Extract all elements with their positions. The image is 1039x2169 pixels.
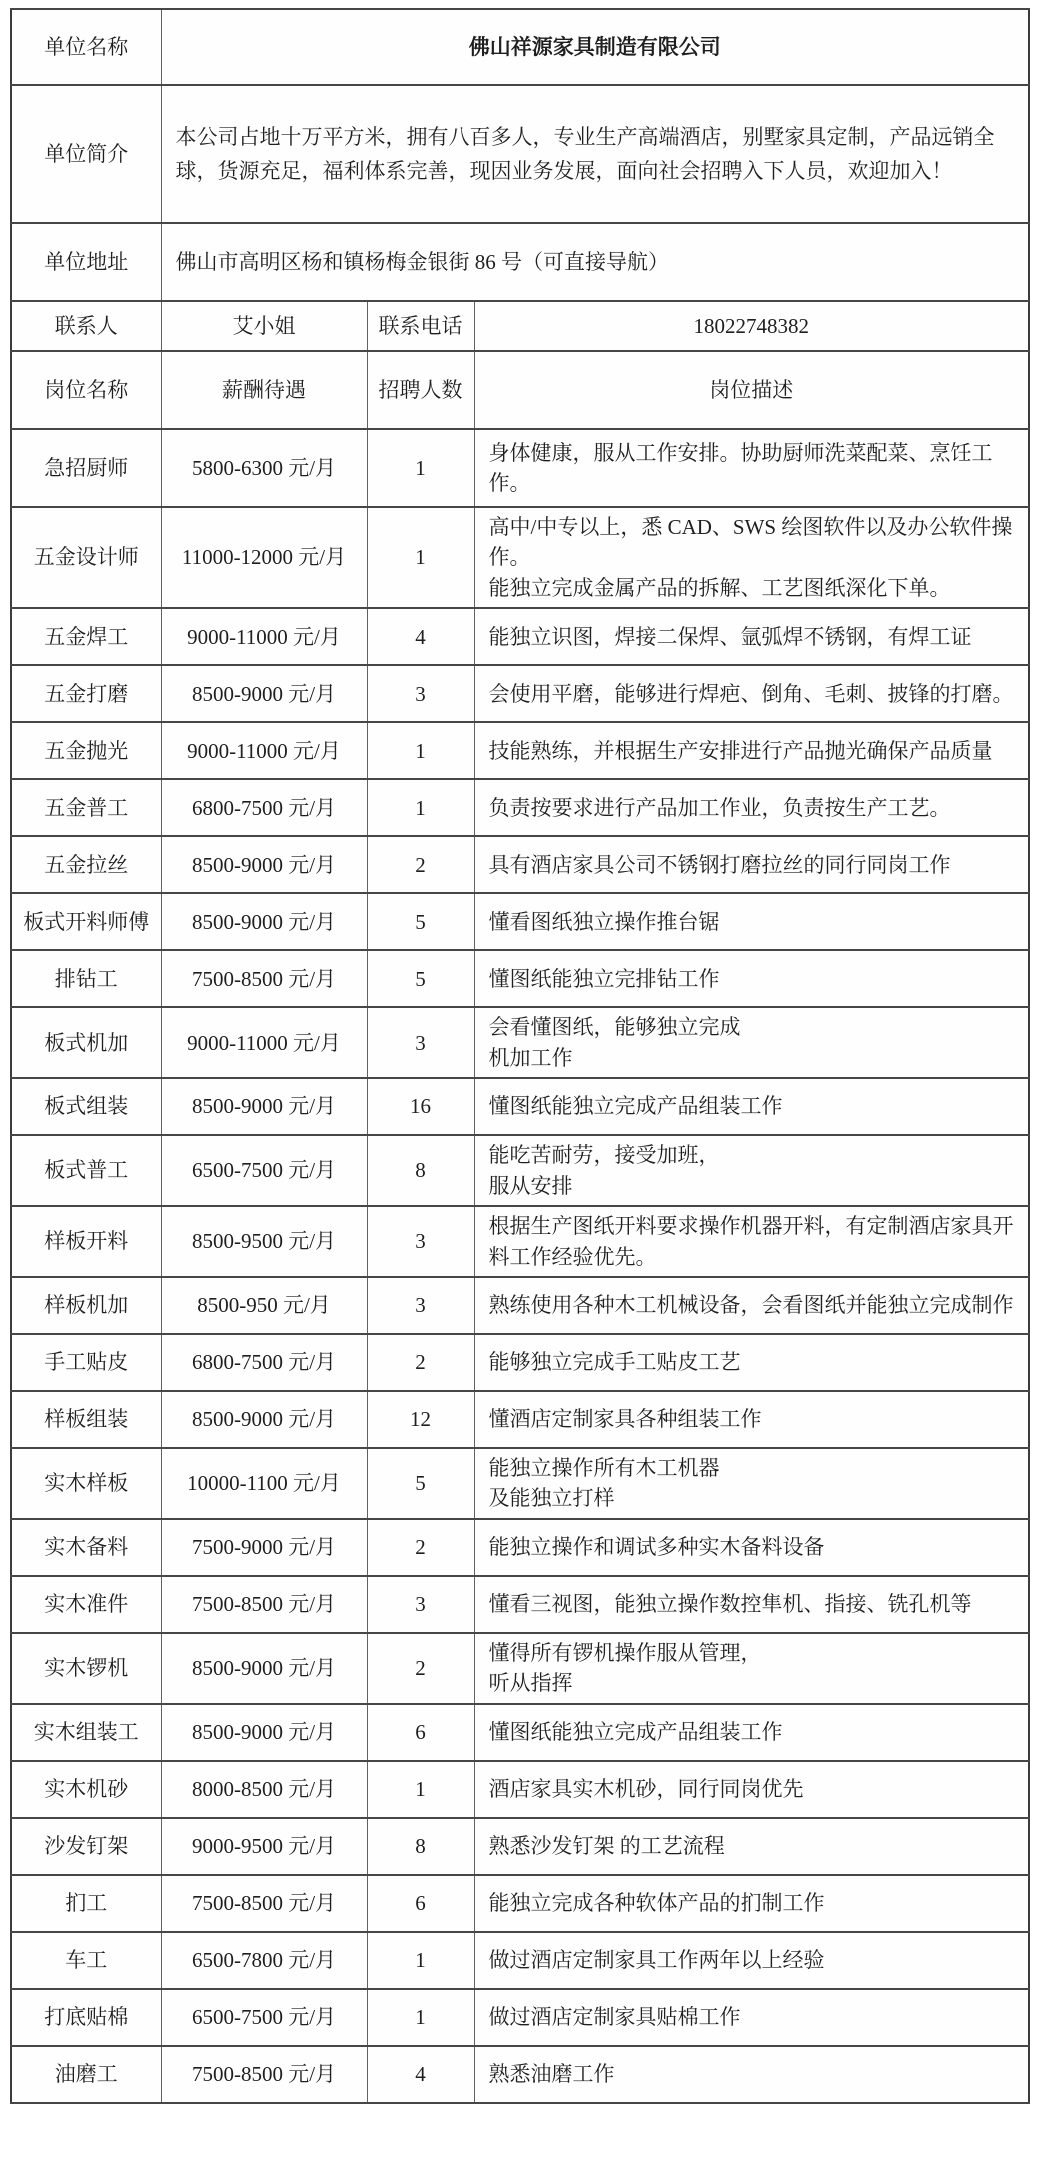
job-description-cell: 做过酒店定制家具贴棉工作 bbox=[474, 1989, 1029, 2046]
job-description-cell: 懂看图纸独立操作推台锯 bbox=[474, 893, 1029, 950]
job-count-cell: 5 bbox=[367, 893, 474, 950]
job-row: 样板机加 8500-950 元/月 3 熟练使用各种木工机械设备，会看图纸并能独… bbox=[11, 1277, 1029, 1334]
job-count-cell: 4 bbox=[367, 2046, 474, 2103]
job-title-cell: 样板开料 bbox=[11, 1206, 161, 1277]
job-salary-cell: 6800-7500 元/月 bbox=[161, 1334, 367, 1391]
job-salary-cell: 7500-9000 元/月 bbox=[161, 1519, 367, 1576]
job-title-cell: 五金打磨 bbox=[11, 665, 161, 722]
job-count-cell: 1 bbox=[367, 779, 474, 836]
job-salary-cell: 6500-7500 元/月 bbox=[161, 1989, 367, 2046]
header-job-title: 岗位名称 bbox=[11, 351, 161, 429]
job-salary-cell: 6500-7800 元/月 bbox=[161, 1932, 367, 1989]
job-row: 实木机砂 8000-8500 元/月 1 酒店家具实木机砂，同行同岗优先 bbox=[11, 1761, 1029, 1818]
job-title-cell: 实木准件 bbox=[11, 1576, 161, 1633]
job-description-cell: 熟悉沙发钉架 的工艺流程 bbox=[474, 1818, 1029, 1875]
job-title-cell: 手工贴皮 bbox=[11, 1334, 161, 1391]
job-row: 板式普工 6500-7500 元/月 8 能吃苦耐劳，接受加班， 服从安排 bbox=[11, 1135, 1029, 1206]
job-salary-cell: 7500-8500 元/月 bbox=[161, 1875, 367, 1932]
job-description-cell: 根据生产图纸开料要求操作机器开料，有定制酒店家具开料工作经验优先。 bbox=[474, 1206, 1029, 1277]
job-description-cell: 懂图纸能独立完成产品组装工作 bbox=[474, 1078, 1029, 1135]
job-salary-cell: 8500-9000 元/月 bbox=[161, 836, 367, 893]
job-title-cell: 样板组装 bbox=[11, 1391, 161, 1448]
job-count-cell: 5 bbox=[367, 1448, 474, 1519]
job-title-cell: 排钻工 bbox=[11, 950, 161, 1007]
job-row: 五金焊工 9000-11000 元/月 4 能独立识图，焊接二保焊、氩弧焊不锈钢… bbox=[11, 608, 1029, 665]
job-title-cell: 油磨工 bbox=[11, 2046, 161, 2103]
job-count-cell: 5 bbox=[367, 950, 474, 1007]
job-count-cell: 2 bbox=[367, 836, 474, 893]
job-count-cell: 6 bbox=[367, 1704, 474, 1761]
job-row: 板式开料师傅 8500-9000 元/月 5 懂看图纸独立操作推台锯 bbox=[11, 893, 1029, 950]
job-count-cell: 1 bbox=[367, 429, 474, 507]
job-row: 沙发钉架 9000-9500 元/月 8 熟悉沙发钉架 的工艺流程 bbox=[11, 1818, 1029, 1875]
job-salary-cell: 9000-11000 元/月 bbox=[161, 722, 367, 779]
company-intro-label: 单位简介 bbox=[11, 85, 161, 223]
job-row: 实木锣机 8500-9000 元/月 2 懂得所有锣机操作服从管理， 听从指挥 bbox=[11, 1633, 1029, 1704]
job-count-cell: 2 bbox=[367, 1519, 474, 1576]
job-salary-cell: 6500-7500 元/月 bbox=[161, 1135, 367, 1206]
job-description-cell: 具有酒店家具公司不锈钢打磨拉丝的同行同岗工作 bbox=[474, 836, 1029, 893]
job-count-cell: 1 bbox=[367, 1989, 474, 2046]
job-salary-cell: 8500-9000 元/月 bbox=[161, 1704, 367, 1761]
job-description-cell: 做过酒店定制家具工作两年以上经验 bbox=[474, 1932, 1029, 1989]
company-address-label: 单位地址 bbox=[11, 223, 161, 301]
job-description-cell: 懂酒店定制家具各种组装工作 bbox=[474, 1391, 1029, 1448]
job-title-cell: 五金普工 bbox=[11, 779, 161, 836]
job-description-cell: 高中/中专以上，悉 CAD、SWS 绘图软件以及办公软件操作。 能独立完成金属产… bbox=[474, 507, 1029, 608]
job-salary-cell: 8500-9000 元/月 bbox=[161, 1078, 367, 1135]
job-salary-cell: 7500-8500 元/月 bbox=[161, 2046, 367, 2103]
job-description-cell: 懂得所有锣机操作服从管理， 听从指挥 bbox=[474, 1633, 1029, 1704]
job-count-cell: 3 bbox=[367, 665, 474, 722]
job-count-cell: 1 bbox=[367, 1761, 474, 1818]
job-table-header-row: 岗位名称 薪酬待遇 招聘人数 岗位描述 bbox=[11, 351, 1029, 429]
job-title-cell: 打底贴棉 bbox=[11, 1989, 161, 2046]
job-salary-cell: 5800-6300 元/月 bbox=[161, 429, 367, 507]
job-title-cell: 五金设计师 bbox=[11, 507, 161, 608]
job-title-cell: 车工 bbox=[11, 1932, 161, 1989]
job-description-cell: 身体健康，服从工作安排。协助厨师洗菜配菜、烹饪工作。 bbox=[474, 429, 1029, 507]
job-row: 五金拉丝 8500-9000 元/月 2 具有酒店家具公司不锈钢打磨拉丝的同行同… bbox=[11, 836, 1029, 893]
job-title-cell: 五金拉丝 bbox=[11, 836, 161, 893]
job-row: 实木组装工 8500-9000 元/月 6 懂图纸能独立完成产品组装工作 bbox=[11, 1704, 1029, 1761]
job-description-cell: 懂图纸能独立完排钻工作 bbox=[474, 950, 1029, 1007]
job-count-cell: 1 bbox=[367, 507, 474, 608]
job-row: 板式组装 8500-9000 元/月 16 懂图纸能独立完成产品组装工作 bbox=[11, 1078, 1029, 1135]
job-count-cell: 12 bbox=[367, 1391, 474, 1448]
job-description-cell: 酒店家具实木机砂，同行同岗优先 bbox=[474, 1761, 1029, 1818]
job-count-cell: 1 bbox=[367, 722, 474, 779]
job-salary-cell: 9000-9500 元/月 bbox=[161, 1818, 367, 1875]
job-salary-cell: 9000-11000 元/月 bbox=[161, 608, 367, 665]
job-title-cell: 五金抛光 bbox=[11, 722, 161, 779]
job-count-cell: 6 bbox=[367, 1875, 474, 1932]
company-name-value: 佛山祥源家具制造有限公司 bbox=[161, 9, 1029, 85]
job-title-cell: 实木样板 bbox=[11, 1448, 161, 1519]
job-title-cell: 急招厨师 bbox=[11, 429, 161, 507]
company-name-row: 单位名称 佛山祥源家具制造有限公司 bbox=[11, 9, 1029, 85]
job-description-cell: 负责按要求进行产品加工作业，负责按生产工艺。 bbox=[474, 779, 1029, 836]
job-title-cell: 板式机加 bbox=[11, 1007, 161, 1078]
job-description-cell: 能吃苦耐劳，接受加班， 服从安排 bbox=[474, 1135, 1029, 1206]
header-job-salary: 薪酬待遇 bbox=[161, 351, 367, 429]
job-description-cell: 能独立识图，焊接二保焊、氩弧焊不锈钢，有焊工证 bbox=[474, 608, 1029, 665]
job-row: 样板组装 8500-9000 元/月 12 懂酒店定制家具各种组装工作 bbox=[11, 1391, 1029, 1448]
job-title-cell: 沙发钉架 bbox=[11, 1818, 161, 1875]
job-title-cell: 板式普工 bbox=[11, 1135, 161, 1206]
recruitment-document: 单位名称 佛山祥源家具制造有限公司 单位简介 本公司占地十万平方米，拥有八百多人… bbox=[0, 0, 1039, 2169]
job-row: 油磨工 7500-8500 元/月 4 熟悉油磨工作 bbox=[11, 2046, 1029, 2103]
job-salary-cell: 8500-9000 元/月 bbox=[161, 665, 367, 722]
job-row: 五金抛光 9000-11000 元/月 1 技能熟练，并根据生产安排进行产品抛光… bbox=[11, 722, 1029, 779]
job-salary-cell: 7500-8500 元/月 bbox=[161, 950, 367, 1007]
job-count-cell: 1 bbox=[367, 1932, 474, 1989]
header-job-count: 招聘人数 bbox=[367, 351, 474, 429]
job-row: 扪工 7500-8500 元/月 6 能独立完成各种软体产品的扪制工作 bbox=[11, 1875, 1029, 1932]
job-description-cell: 懂看三视图，能独立操作数控隼机、指接、铣孔机等 bbox=[474, 1576, 1029, 1633]
job-count-cell: 2 bbox=[367, 1633, 474, 1704]
job-count-cell: 3 bbox=[367, 1277, 474, 1334]
job-salary-cell: 11000-12000 元/月 bbox=[161, 507, 367, 608]
job-row: 实木备料 7500-9000 元/月 2 能独立操作和调试多种实木备料设备 bbox=[11, 1519, 1029, 1576]
job-title-cell: 板式开料师傅 bbox=[11, 893, 161, 950]
job-count-cell: 4 bbox=[367, 608, 474, 665]
job-row: 车工 6500-7800 元/月 1 做过酒店定制家具工作两年以上经验 bbox=[11, 1932, 1029, 1989]
job-salary-cell: 9000-11000 元/月 bbox=[161, 1007, 367, 1078]
job-row: 五金设计师 11000-12000 元/月 1 高中/中专以上，悉 CAD、SW… bbox=[11, 507, 1029, 608]
company-address-row: 单位地址 佛山市高明区杨和镇杨梅金银街 86 号（可直接导航） bbox=[11, 223, 1029, 301]
job-description-cell: 技能熟练，并根据生产安排进行产品抛光确保产品质量 bbox=[474, 722, 1029, 779]
job-row: 打底贴棉 6500-7500 元/月 1 做过酒店定制家具贴棉工作 bbox=[11, 1989, 1029, 2046]
job-count-cell: 3 bbox=[367, 1576, 474, 1633]
job-description-cell: 会使用平磨，能够进行焊疤、倒角、毛刺、披锋的打磨。 bbox=[474, 665, 1029, 722]
job-count-cell: 2 bbox=[367, 1334, 474, 1391]
job-salary-cell: 7500-8500 元/月 bbox=[161, 1576, 367, 1633]
job-description-cell: 熟练使用各种木工机械设备，会看图纸并能独立完成制作 bbox=[474, 1277, 1029, 1334]
job-rows: 急招厨师 5800-6300 元/月 1 身体健康，服从工作安排。协助厨师洗菜配… bbox=[11, 429, 1029, 2103]
phone-label: 联系电话 bbox=[367, 301, 474, 351]
recruitment-table: 单位名称 佛山祥源家具制造有限公司 单位简介 本公司占地十万平方米，拥有八百多人… bbox=[10, 8, 1030, 2104]
job-count-cell: 16 bbox=[367, 1078, 474, 1135]
contact-name-value: 艾小姐 bbox=[161, 301, 367, 351]
job-row: 排钻工 7500-8500 元/月 5 懂图纸能独立完排钻工作 bbox=[11, 950, 1029, 1007]
job-row: 五金普工 6800-7500 元/月 1 负责按要求进行产品加工作业，负责按生产… bbox=[11, 779, 1029, 836]
contact-row: 联系人 艾小姐 联系电话 18022748382 bbox=[11, 301, 1029, 351]
job-salary-cell: 8500-9000 元/月 bbox=[161, 1633, 367, 1704]
job-description-cell: 熟悉油磨工作 bbox=[474, 2046, 1029, 2103]
job-row: 板式机加 9000-11000 元/月 3 会看懂图纸，能够独立完成 机加工作 bbox=[11, 1007, 1029, 1078]
job-row: 实木准件 7500-8500 元/月 3 懂看三视图，能独立操作数控隼机、指接、… bbox=[11, 1576, 1029, 1633]
company-address-value: 佛山市高明区杨和镇杨梅金银街 86 号（可直接导航） bbox=[161, 223, 1029, 301]
job-count-cell: 8 bbox=[367, 1135, 474, 1206]
job-salary-cell: 10000-1100 元/月 bbox=[161, 1448, 367, 1519]
job-title-cell: 五金焊工 bbox=[11, 608, 161, 665]
job-row: 急招厨师 5800-6300 元/月 1 身体健康，服从工作安排。协助厨师洗菜配… bbox=[11, 429, 1029, 507]
company-name-label: 单位名称 bbox=[11, 9, 161, 85]
job-row: 实木样板 10000-1100 元/月 5 能独立操作所有木工机器 及能独立打样 bbox=[11, 1448, 1029, 1519]
header-job-description: 岗位描述 bbox=[474, 351, 1029, 429]
job-description-cell: 能独立完成各种软体产品的扪制工作 bbox=[474, 1875, 1029, 1932]
job-title-cell: 板式组装 bbox=[11, 1078, 161, 1135]
job-title-cell: 实木备料 bbox=[11, 1519, 161, 1576]
job-description-cell: 懂图纸能独立完成产品组装工作 bbox=[474, 1704, 1029, 1761]
job-salary-cell: 6800-7500 元/月 bbox=[161, 779, 367, 836]
job-title-cell: 样板机加 bbox=[11, 1277, 161, 1334]
job-title-cell: 实木机砂 bbox=[11, 1761, 161, 1818]
job-count-cell: 8 bbox=[367, 1818, 474, 1875]
company-intro-value: 本公司占地十万平方米，拥有八百多人，专业生产高端酒店，别墅家具定制，产品远销全球… bbox=[161, 85, 1029, 223]
job-description-cell: 能独立操作和调试多种实木备料设备 bbox=[474, 1519, 1029, 1576]
job-description-cell: 能独立操作所有木工机器 及能独立打样 bbox=[474, 1448, 1029, 1519]
job-count-cell: 3 bbox=[367, 1007, 474, 1078]
job-salary-cell: 8500-9500 元/月 bbox=[161, 1206, 367, 1277]
job-description-cell: 会看懂图纸，能够独立完成 机加工作 bbox=[474, 1007, 1029, 1078]
job-salary-cell: 8500-9000 元/月 bbox=[161, 1391, 367, 1448]
job-salary-cell: 8500-950 元/月 bbox=[161, 1277, 367, 1334]
company-intro-row: 单位简介 本公司占地十万平方米，拥有八百多人，专业生产高端酒店，别墅家具定制，产… bbox=[11, 85, 1029, 223]
job-title-cell: 实木锣机 bbox=[11, 1633, 161, 1704]
job-salary-cell: 8500-9000 元/月 bbox=[161, 893, 367, 950]
job-count-cell: 3 bbox=[367, 1206, 474, 1277]
phone-value: 18022748382 bbox=[474, 301, 1029, 351]
job-row: 手工贴皮 6800-7500 元/月 2 能够独立完成手工贴皮工艺 bbox=[11, 1334, 1029, 1391]
job-salary-cell: 8000-8500 元/月 bbox=[161, 1761, 367, 1818]
contact-label: 联系人 bbox=[11, 301, 161, 351]
job-row: 五金打磨 8500-9000 元/月 3 会使用平磨，能够进行焊疤、倒角、毛刺、… bbox=[11, 665, 1029, 722]
job-row: 样板开料 8500-9500 元/月 3 根据生产图纸开料要求操作机器开料，有定… bbox=[11, 1206, 1029, 1277]
job-title-cell: 扪工 bbox=[11, 1875, 161, 1932]
job-description-cell: 能够独立完成手工贴皮工艺 bbox=[474, 1334, 1029, 1391]
job-title-cell: 实木组装工 bbox=[11, 1704, 161, 1761]
